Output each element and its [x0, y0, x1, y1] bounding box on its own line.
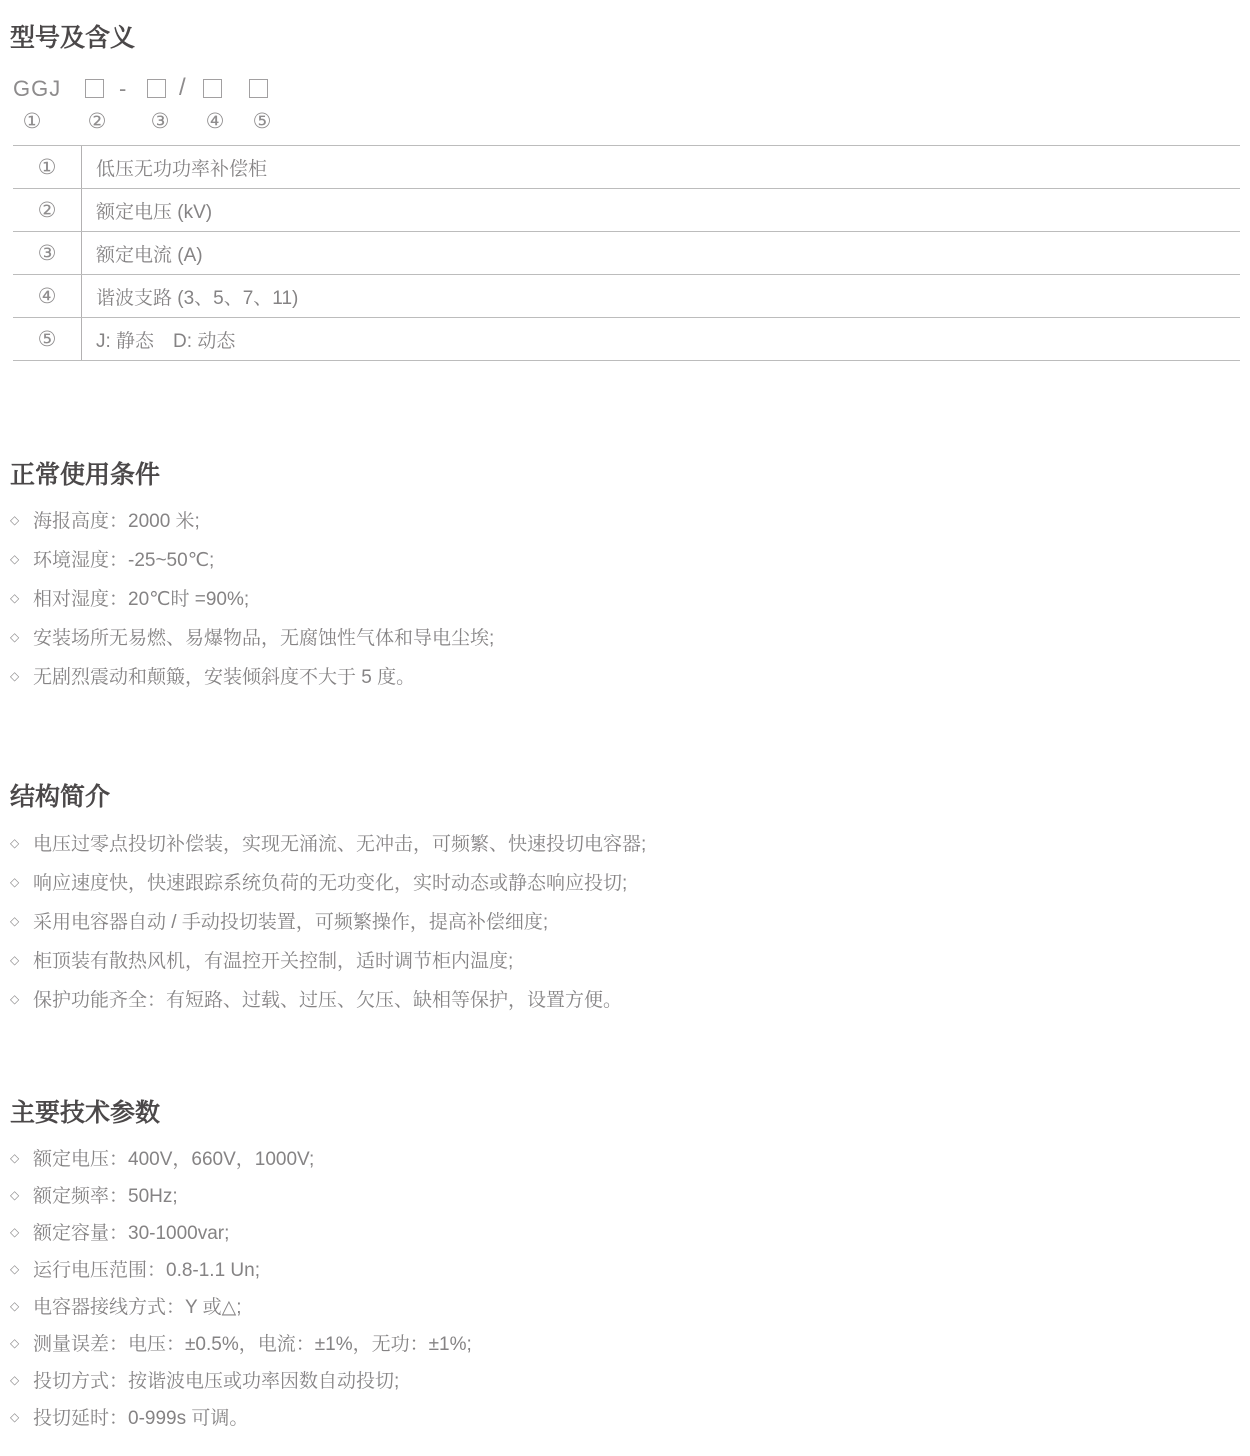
model-code-row: GGJ - /: [13, 78, 313, 100]
list-item: ◇ 测量误差：电压：±0.5%，电流：±1%，无功：±1%;: [10, 1324, 1110, 1361]
list-item-text: 环境湿度：-25~50℃;: [33, 545, 214, 572]
list-item-text: 无剧烈震动和颠簸，安装倾斜度不大于 5 度。: [33, 662, 415, 689]
diamond-bullet-icon: ◇: [10, 553, 24, 565]
model-marker-row: ① ② ③ ④ ⑤: [13, 111, 313, 132]
model-blank-box: [85, 79, 104, 98]
list-item-text: 投切方式：按谐波电压或功率因数自动投切;: [33, 1366, 399, 1393]
row-marker: ③: [13, 232, 82, 274]
model-blank-box: [203, 79, 222, 98]
diamond-bullet-icon: ◇: [10, 1300, 24, 1312]
list-item-text: 测量误差：电压：±0.5%，电流：±1%，无功：±1%;: [33, 1329, 472, 1356]
list-item: ◇ 相对湿度：20℃时 =90%;: [10, 578, 1110, 617]
diamond-bullet-icon: ◇: [10, 876, 24, 888]
list-item: ◇ 投切延时：0-999s 可调。: [10, 1398, 1110, 1435]
table-row: ⑤ J: 静态 D: 动态: [13, 318, 1240, 361]
list-item: ◇ 海报高度：2000 米;: [10, 500, 1110, 539]
row-description: 谐波支路 (3、5、7、11): [82, 275, 1240, 317]
table-row: ③ 额定电流 (A): [13, 232, 1240, 275]
row-description: J: 静态 D: 动态: [82, 318, 1240, 360]
diamond-bullet-icon: ◇: [10, 631, 24, 643]
position-marker-1: ①: [21, 111, 43, 132]
list-item-text: 柜顶装有散热风机，有温控开关控制，适时调节柜内温度;: [33, 946, 513, 973]
diamond-bullet-icon: ◇: [10, 592, 24, 604]
diamond-bullet-icon: ◇: [10, 1189, 24, 1201]
catalog-page: 型号及含义 GGJ - / ① ② ③ ④ ⑤ ① 低压无功功率补偿柜 ② 额定…: [0, 0, 1250, 1456]
row-description: 额定电压 (kV): [82, 189, 1240, 231]
row-marker: ⑤: [13, 318, 82, 360]
list-item-text: 响应速度快，快速跟踪系统负荷的无功变化，实时动态或静态响应投切;: [33, 868, 627, 895]
table-row: ④ 谐波支路 (3、5、7、11): [13, 275, 1240, 318]
row-marker: ②: [13, 189, 82, 231]
conditions-list: ◇ 海报高度：2000 米; ◇ 环境湿度：-25~50℃; ◇ 相对湿度：20…: [10, 500, 1110, 695]
model-section-title: 型号及含义: [10, 26, 135, 51]
list-item: ◇ 采用电容器自动 / 手动投切装置，可频繁操作，提高补偿细度;: [10, 901, 1110, 940]
list-item-text: 安装场所无易燃、易爆物品，无腐蚀性气体和导电尘埃;: [33, 623, 494, 650]
params-section-title: 主要技术参数: [10, 1101, 160, 1126]
list-item-text: 电容器接线方式：Y 或△;: [33, 1292, 242, 1319]
row-marker: ①: [13, 146, 82, 188]
list-item: ◇ 电压过零点投切补偿装，实现无涌流、无冲击，可频繁、快速投切电容器;: [10, 823, 1110, 862]
row-description: 低压无功功率补偿柜: [82, 146, 1240, 188]
diamond-bullet-icon: ◇: [10, 993, 24, 1005]
list-item: ◇ 运行电压范围：0.8-1.1 Un;: [10, 1250, 1110, 1287]
diamond-bullet-icon: ◇: [10, 1337, 24, 1349]
conditions-section-title: 正常使用条件: [10, 463, 160, 488]
diamond-bullet-icon: ◇: [10, 954, 24, 966]
diamond-bullet-icon: ◇: [10, 1152, 24, 1164]
table-row: ② 额定电压 (kV): [13, 189, 1240, 232]
list-item: ◇ 柜顶装有散热风机，有温控开关控制，适时调节柜内温度;: [10, 940, 1110, 979]
list-item: ◇ 保护功能齐全：有短路、过载、过压、欠压、缺相等保护，设置方便。: [10, 979, 1110, 1018]
diamond-bullet-icon: ◇: [10, 514, 24, 526]
position-marker-4: ④: [204, 111, 226, 132]
list-item-text: 投切延时：0-999s 可调。: [33, 1403, 248, 1430]
list-item-text: 运行电压范围：0.8-1.1 Un;: [33, 1255, 260, 1282]
list-item-text: 额定容量：30-1000var;: [33, 1218, 229, 1245]
structure-list: ◇ 电压过零点投切补偿装，实现无涌流、无冲击，可频繁、快速投切电容器; ◇ 响应…: [10, 823, 1110, 1018]
list-item-text: 海报高度：2000 米;: [33, 506, 200, 533]
list-item-text: 相对湿度：20℃时 =90%;: [33, 584, 249, 611]
list-item: ◇ 无剧烈震动和颠簸，安装倾斜度不大于 5 度。: [10, 656, 1110, 695]
list-item-text: 保护功能齐全：有短路、过载、过压、欠压、缺相等保护，设置方便。: [33, 985, 622, 1012]
model-blank-box: [249, 79, 268, 98]
diamond-bullet-icon: ◇: [10, 1226, 24, 1238]
list-item-text: 采用电容器自动 / 手动投切装置，可频繁操作，提高补偿细度;: [33, 907, 548, 934]
params-list: ◇ 额定电压：400V，660V，1000V; ◇ 额定频率：50Hz; ◇ 额…: [10, 1139, 1110, 1435]
model-prefix-text: GGJ: [13, 78, 61, 100]
diamond-bullet-icon: ◇: [10, 1374, 24, 1386]
list-item: ◇ 响应速度快，快速跟踪系统负荷的无功变化，实时动态或静态响应投切;: [10, 862, 1110, 901]
list-item: ◇ 安装场所无易燃、易爆物品，无腐蚀性气体和导电尘埃;: [10, 617, 1110, 656]
position-marker-3: ③: [149, 111, 171, 132]
row-marker: ④: [13, 275, 82, 317]
list-item: ◇ 环境湿度：-25~50℃;: [10, 539, 1110, 578]
model-dash-separator: -: [119, 78, 126, 100]
model-slash-separator: /: [179, 77, 186, 99]
list-item: ◇ 额定电压：400V，660V，1000V;: [10, 1139, 1110, 1176]
table-row: ① 低压无功功率补偿柜: [13, 146, 1240, 189]
list-item: ◇ 额定频率：50Hz;: [10, 1176, 1110, 1213]
diamond-bullet-icon: ◇: [10, 670, 24, 682]
diamond-bullet-icon: ◇: [10, 1263, 24, 1275]
list-item-text: 额定电压：400V，660V，1000V;: [33, 1144, 314, 1171]
diamond-bullet-icon: ◇: [10, 837, 24, 849]
model-meaning-table: ① 低压无功功率补偿柜 ② 额定电压 (kV) ③ 额定电流 (A) ④ 谐波支…: [13, 145, 1240, 361]
structure-section-title: 结构简介: [10, 785, 110, 810]
diamond-bullet-icon: ◇: [10, 1411, 24, 1423]
list-item: ◇ 投切方式：按谐波电压或功率因数自动投切;: [10, 1361, 1110, 1398]
list-item: ◇ 额定容量：30-1000var;: [10, 1213, 1110, 1250]
list-item-text: 额定频率：50Hz;: [33, 1181, 178, 1208]
list-item: ◇ 电容器接线方式：Y 或△;: [10, 1287, 1110, 1324]
position-marker-2: ②: [86, 111, 108, 132]
row-description: 额定电流 (A): [82, 232, 1240, 274]
position-marker-5: ⑤: [251, 111, 273, 132]
list-item-text: 电压过零点投切补偿装，实现无涌流、无冲击，可频繁、快速投切电容器;: [33, 829, 646, 856]
model-blank-box: [147, 79, 166, 98]
diamond-bullet-icon: ◇: [10, 915, 24, 927]
